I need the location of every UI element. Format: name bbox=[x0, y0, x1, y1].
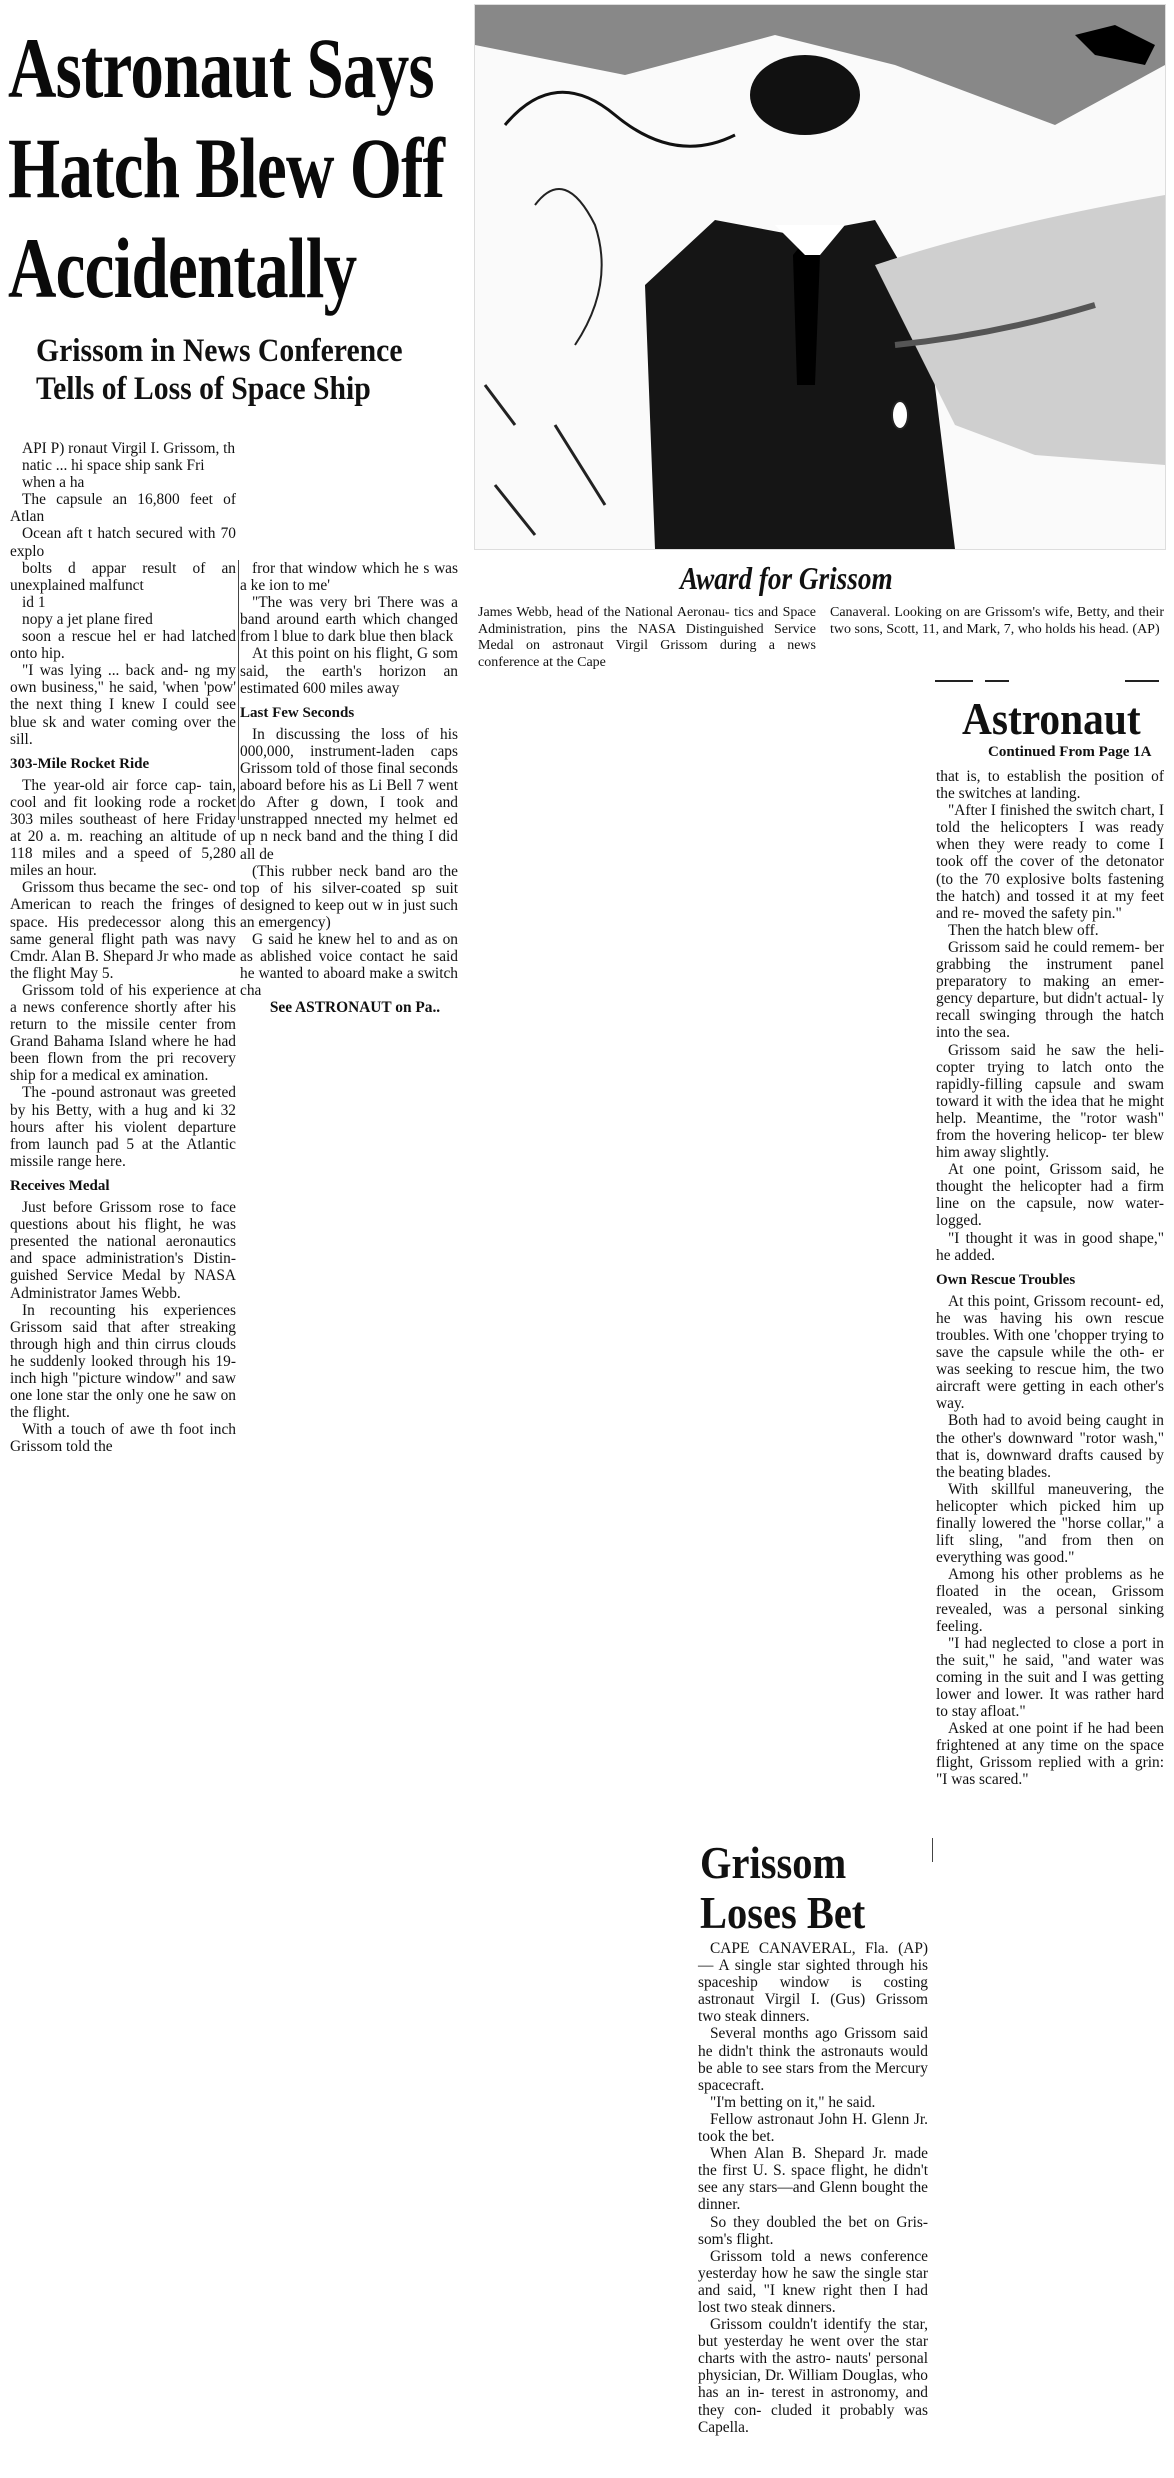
bet-headline: Grissom Loses Bet bbox=[700, 1838, 865, 1938]
article-paragraph: Grissom thus became the sec- ond America… bbox=[10, 879, 236, 982]
article-paragraph: In discussing the loss of his 000,000, i… bbox=[240, 726, 458, 863]
article-paragraph: The -pound astronaut was greeted by his … bbox=[10, 1084, 236, 1169]
subhead-line-1: Grissom in News Conference bbox=[36, 332, 403, 370]
article-paragraph: When Alan B. Shepard Jr. made the first … bbox=[698, 2145, 928, 2213]
section-heading: Receives Medal bbox=[10, 1178, 236, 1195]
article-paragraph: With skillful maneuvering, the helicopte… bbox=[936, 1481, 1164, 1566]
article-paragraph: Both had to avoid being caught in the ot… bbox=[936, 1412, 1164, 1480]
article-paragraph: bolts d appar result of an unexplained m… bbox=[10, 560, 236, 594]
section-heading: 303-Mile Rocket Ride bbox=[10, 756, 236, 773]
main-subheadline: Grissom in News Conference Tells of Loss… bbox=[36, 332, 403, 408]
main-article-mid-column: fror that window which he s was a ke ion… bbox=[240, 560, 458, 1016]
article-paragraph: (This rubber neck band aro the top of hi… bbox=[240, 863, 458, 931]
article-paragraph: In recounting his experiences Grissom sa… bbox=[10, 1302, 236, 1422]
article-paragraph: Grissom told of his experience at a news… bbox=[10, 982, 236, 1085]
article-paragraph: fror that window which he s was a ke ion… bbox=[240, 560, 458, 594]
divider-rule bbox=[935, 680, 973, 682]
see-astronaut-reference[interactable]: See ASTRONAUT on Pa.. bbox=[240, 999, 458, 1016]
section-heading: Own Rescue Troubles bbox=[936, 1272, 1164, 1289]
article-paragraph: Grissom told a news conference yesterday… bbox=[698, 2248, 928, 2316]
article-paragraph: Then the hatch blew off. bbox=[936, 922, 1164, 939]
article-paragraph: The capsule an 16,800 feet of Atlan bbox=[10, 491, 236, 525]
continued-headline: Astronaut bbox=[962, 692, 1141, 745]
article-paragraph: "I thought it was in good shape," he add… bbox=[936, 1230, 1164, 1264]
article-paragraph: "I had neglected to close a port in the … bbox=[936, 1635, 1164, 1720]
article-paragraph: Several months ago Grissom said he didn'… bbox=[698, 2025, 928, 2093]
article-paragraph: At this point on his flight, G som said,… bbox=[240, 645, 458, 696]
article-paragraph: So they doubled the bet on Gris- som's f… bbox=[698, 2214, 928, 2248]
article-paragraph: Asked at one point if he had been fright… bbox=[936, 1720, 1164, 1788]
photo-caption-left: James Webb, head of the National Aeronau… bbox=[478, 605, 816, 671]
article-paragraph: API P) ronaut Virgil I. Grissom, th bbox=[10, 440, 236, 457]
article-paragraph: G said he knew hel to and as on as ablis… bbox=[240, 931, 458, 999]
article-paragraph: that is, to establish the position of th… bbox=[936, 768, 1164, 802]
article-paragraph: "After I finished the switch chart, I to… bbox=[936, 802, 1164, 922]
article-paragraph: At one point, Grissom said, he thought t… bbox=[936, 1161, 1164, 1229]
main-headline: Astronaut Says Hatch Blew Off Accidental… bbox=[8, 18, 444, 318]
bet-article-column: CAPE CANAVERAL, Fla. (AP) — A single sta… bbox=[698, 1940, 928, 2436]
article-paragraph: "The was very bri There was a band aroun… bbox=[240, 594, 458, 645]
column-divider bbox=[932, 1838, 933, 1862]
divider-rule bbox=[1125, 680, 1159, 682]
article-paragraph: "I was lying ... back and- ng my own bus… bbox=[10, 662, 236, 747]
article-paragraph: CAPE CANAVERAL, Fla. (AP) — A single sta… bbox=[698, 1940, 928, 2025]
award-photo bbox=[474, 4, 1166, 550]
article-paragraph: Grissom said he saw the heli- copter try… bbox=[936, 1042, 1164, 1162]
photo-image-icon bbox=[475, 5, 1165, 549]
article-paragraph: nopy a jet plane fired bbox=[10, 611, 236, 628]
photo-caption-title: Award for Grissom bbox=[680, 560, 893, 597]
column-divider bbox=[238, 560, 239, 820]
article-paragraph: Fellow astronaut John H. Glenn Jr. took … bbox=[698, 2111, 928, 2145]
article-paragraph: Ocean aft t hatch secured with 70 explo bbox=[10, 525, 236, 559]
main-article-left-column: API P) ronaut Virgil I. Grissom, thnatic… bbox=[10, 440, 236, 1455]
article-paragraph: Grissom said he could remem- ber grabbin… bbox=[936, 939, 1164, 1042]
headline-line-2: Hatch Blew Off bbox=[8, 118, 444, 218]
article-paragraph: With a touch of awe th foot inch Grissom… bbox=[10, 1421, 236, 1455]
article-paragraph: "I'm betting on it," he said. bbox=[698, 2094, 928, 2111]
article-paragraph: soon a rescue hel er had latched onto hi… bbox=[10, 628, 236, 662]
bet-headline-line-1: Grissom bbox=[700, 1838, 865, 1888]
article-paragraph: The year-old air force cap- tain, cool a… bbox=[10, 777, 236, 880]
article-paragraph: Just before Grissom rose to face questio… bbox=[10, 1199, 236, 1302]
continued-article-column: that is, to establish the position of th… bbox=[936, 768, 1164, 1789]
article-paragraph: natic ... hi space ship sank Fri bbox=[10, 457, 236, 474]
section-heading: Last Few Seconds bbox=[240, 705, 458, 722]
subhead-line-2: Tells of Loss of Space Ship bbox=[36, 370, 403, 408]
article-paragraph: Grissom couldn't identify the star, but … bbox=[698, 2316, 928, 2436]
continued-from-label: Continued From Page 1A bbox=[988, 744, 1151, 761]
article-paragraph: id 1 bbox=[10, 594, 236, 611]
article-paragraph: when a ha bbox=[10, 474, 236, 491]
article-paragraph: Among his other problems as he floated i… bbox=[936, 1566, 1164, 1634]
headline-line-3: Accidentally bbox=[8, 218, 444, 318]
article-paragraph: At this point, Grissom recount- ed, he w… bbox=[936, 1293, 1164, 1413]
bet-headline-line-2: Loses Bet bbox=[700, 1888, 865, 1938]
photo-caption-right: Canaveral. Looking on are Grissom's wife… bbox=[830, 605, 1164, 638]
headline-line-1: Astronaut Says bbox=[8, 18, 444, 118]
divider-rule bbox=[985, 680, 1009, 682]
